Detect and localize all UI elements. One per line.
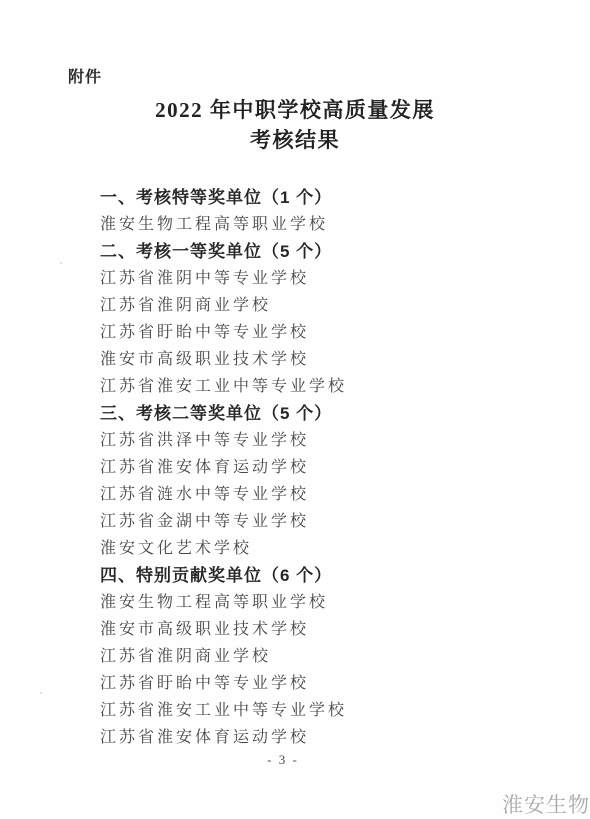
school-item: 江苏省淮安体育运动学校 xyxy=(100,724,540,751)
school-item: 江苏省涟水中等专业学校 xyxy=(100,481,540,508)
document-title-line-2: 考核结果 xyxy=(0,125,590,155)
school-item: 淮安生物工程高等职业学校 xyxy=(100,589,540,616)
school-item: 江苏省淮阴中等专业学校 xyxy=(100,265,540,292)
document-title: 2022 年中职学校高质量发展 考核结果 xyxy=(0,95,590,155)
school-item: 江苏省洪泽中等专业学校 xyxy=(100,427,540,454)
award-list: 一、考核特等奖单位（1 个） 淮安生物工程高等职业学校 二、考核一等奖单位（5 … xyxy=(100,184,540,751)
school-item: 淮安市高级职业技术学校 xyxy=(100,616,540,643)
attachment-label: 附件 xyxy=(68,64,102,87)
watermark-text: 淮安生物 xyxy=(502,789,590,819)
school-item: 淮安市高级职业技术学校 xyxy=(100,346,540,373)
section-heading-special-award: 一、考核特等奖单位（1 个） xyxy=(100,184,540,211)
section-heading-second-prize: 三、考核二等奖单位（5 个） xyxy=(100,400,540,427)
scan-artifact-speck xyxy=(60,262,62,264)
document-page: 附件 2022 年中职学校高质量发展 考核结果 一、考核特等奖单位（1 个） 淮… xyxy=(0,0,590,819)
school-item: 淮安文化艺术学校 xyxy=(100,535,540,562)
school-item: 江苏省淮阴商业学校 xyxy=(100,643,540,670)
school-item: 江苏省淮阴商业学校 xyxy=(100,292,540,319)
school-item: 淮安生物工程高等职业学校 xyxy=(100,211,540,238)
school-item: 江苏省淮安体育运动学校 xyxy=(100,454,540,481)
school-item: 江苏省淮安工业中等专业学校 xyxy=(100,373,540,400)
document-title-line-1: 2022 年中职学校高质量发展 xyxy=(0,95,590,125)
school-item: 江苏省淮安工业中等专业学校 xyxy=(100,697,540,724)
school-item: 江苏省盱眙中等专业学校 xyxy=(100,670,540,697)
section-heading-special-contribution: 四、特别贡献奖单位（6 个） xyxy=(100,562,540,589)
scan-artifact-speck xyxy=(40,692,42,694)
school-item: 江苏省金湖中等专业学校 xyxy=(100,508,540,535)
school-item: 江苏省盱眙中等专业学校 xyxy=(100,319,540,346)
section-heading-first-prize: 二、考核一等奖单位（5 个） xyxy=(100,238,540,265)
page-number: - 3 - xyxy=(0,752,566,768)
